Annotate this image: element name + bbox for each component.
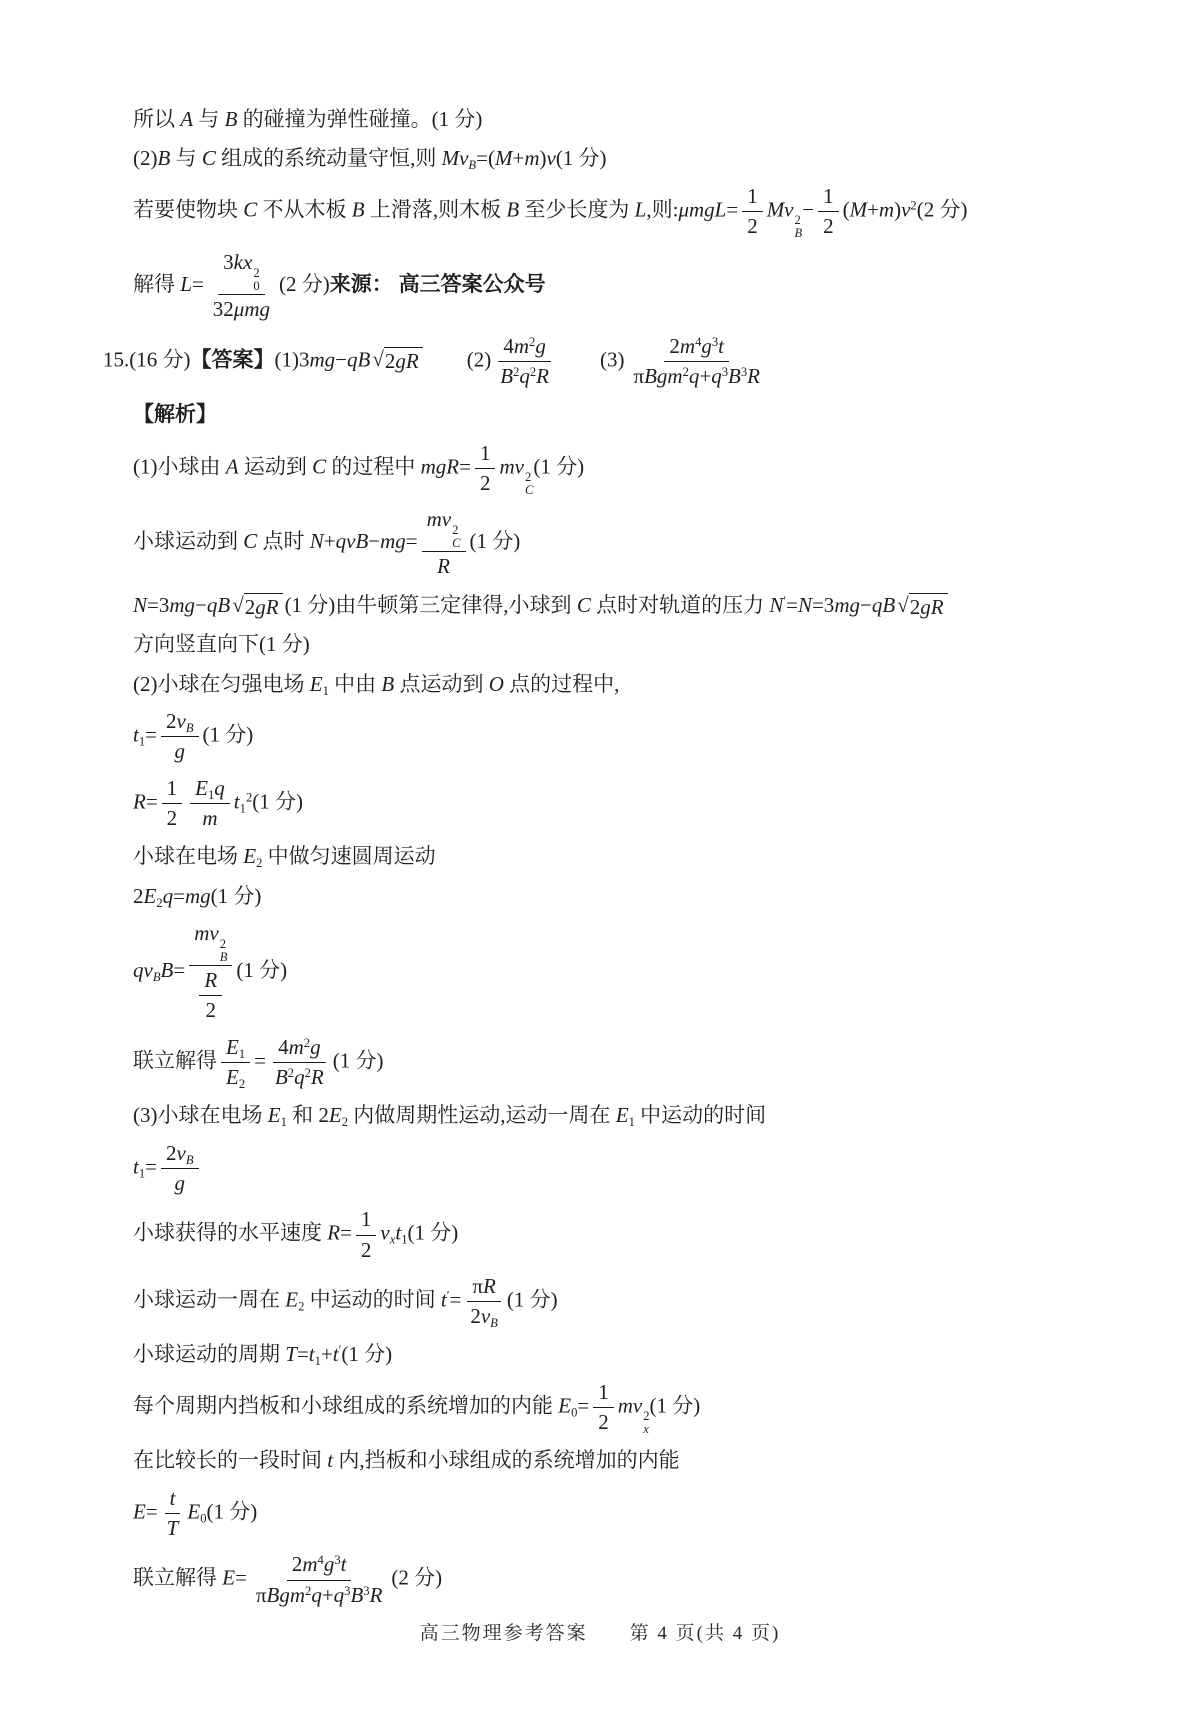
math-text: ( [843,197,850,221]
math-text: 2 [823,214,834,238]
math-text: (1 分) [407,1221,458,1245]
math-numerator: R [199,967,222,996]
math-variable: kx [234,250,253,274]
q15-part3-final-result: 联立解得 E=2m4g3tπBgm2q+q3B3R(2 分) [133,1551,1140,1609]
math-text: 每个周期内挡板和小球组成的系统增加的内能 [133,1393,558,1417]
math-subscript: B [795,227,803,240]
math-variable: μmg [234,297,270,321]
math-subscript: B [490,1316,498,1330]
math-text: 2 [239,1077,245,1091]
math-variable: qB [872,593,895,617]
math-text: 方向竖直向下(1 分) [133,632,310,656]
math-text: = [786,593,798,617]
math-text: 中由 [329,672,382,696]
math-denominator: E2 [221,1063,250,1091]
math-text: 小球运动的周期 [133,1342,285,1366]
math-text: = [297,1342,309,1366]
math-text: + [699,364,711,388]
math-sqrt: √2gR [372,347,422,374]
math-text: (1 分) [470,529,521,553]
math-text: 2 [166,1141,177,1165]
math-variable: N [133,593,147,617]
math-numerator: 4m2g [273,1034,325,1063]
math-text: 中运动的时间 [635,1103,766,1127]
math-fraction: E1E2 [221,1034,250,1092]
math-text: 2 [167,806,178,830]
q15-part2-R: R=12E1qmt12(1 分) [133,775,1140,833]
math-variable: mgR [421,454,460,478]
math-text: (2 分) [391,1566,442,1590]
q15-part3-t-prime: 小球运动一周在 E2 中运动的时间 t′=πR2vB(1 分) [133,1273,1140,1331]
math-variable: C [452,536,460,550]
math-variable: m [302,1552,317,1576]
q15-part3-t1: t1=2vBg [133,1140,1140,1198]
math-variable: B [220,950,228,964]
q14-energy-equation: 若要使物块 C 不从木板 B 上滑落,则木板 B 至少长度为 L,则:μmgL=… [133,183,1140,241]
math-text: 4 [278,1035,289,1059]
math-denominator: 2 [475,469,496,497]
math-denominator: 2 [742,212,763,240]
math-numerator: E1q [190,775,230,804]
math-variable: qB [207,593,230,617]
math-subscript: B [186,721,194,735]
math-text: 小球在电场 [133,844,243,868]
math-text: = [145,723,157,747]
math-text: 2 [910,595,921,619]
q15-part1-N-result: N=3mg−qB√2gR(1 分)由牛顿第三定律得,小球到 C 点时对轨道的压力… [133,590,1140,620]
math-subscript: B [153,970,161,984]
q15-analysis-header: 【解析】 [133,399,1140,430]
math-text: (1 分) [206,1500,257,1524]
math-denominator: B2q2R [495,362,554,390]
math-text: (1)小球由 [133,454,226,478]
math-variable: B [381,672,394,696]
math-variable: B [468,158,476,172]
math-variable: A [226,454,239,478]
math-text: = [173,884,185,908]
math-denominator: g [170,737,191,765]
math-subscript: C [525,484,533,497]
math-variable: g [310,1035,321,1059]
math-variable: mg [834,593,860,617]
math-text: =3 [147,593,169,617]
math-variable: v [546,146,555,170]
math-text: 2 [166,709,177,733]
math-numerator: πR [467,1273,500,1302]
math-variable: E [329,1103,342,1127]
math-fraction: mv2BR2 [189,920,232,1025]
math-denominator: R2 [193,966,228,1025]
math-text: (2 分) [279,272,330,296]
math-variable: B [500,364,513,388]
math-variable: qv [133,958,153,982]
math-text: (1 分) [507,1287,558,1311]
math-text: 2 [206,998,217,1022]
math-text: − [195,593,207,617]
math-text: 2 [795,213,801,227]
math-text: (2)小球在匀强电场 [133,672,310,696]
math-variable: qvB [336,529,369,553]
math-variable: R [204,968,217,992]
math-variable: B [795,226,803,240]
math-text: = [459,454,471,478]
math-variable: g [701,334,712,358]
math-text: = [235,1566,247,1590]
math-variable: E [226,1065,239,1089]
math-numerator: 4m2g [498,333,550,362]
math-variable: R [483,1274,496,1298]
math-text: = [145,1154,157,1178]
math-text: 联立解得 [133,1048,217,1072]
math-fraction: 4m2gB2q2R [495,333,554,391]
math-text: (1 分) [341,1342,392,1366]
math-variable: N [769,593,783,617]
math-variable: L [635,197,647,221]
math-variable: R [437,554,450,578]
math-text: 与 [193,107,225,131]
math-variable: q [311,1583,322,1607]
math-variable: t [341,1552,347,1576]
math-variable: q [334,1583,345,1607]
math-text: 点时 [257,529,310,553]
math-variable: E [243,844,256,868]
math-fraction: 12 [818,183,839,241]
math-text: + [321,1342,333,1366]
math-fraction: R2 [199,967,222,1025]
math-subsup: 2C [452,524,460,550]
math-text: (1 分) [211,884,262,908]
math-variable: g [535,334,546,358]
math-variable: mv [499,454,524,478]
math-fraction: 2m4g3tπBgm2q+q3B3R [251,1551,388,1609]
math-text: 内,挡板和小球组成的系统增加的内能 [333,1448,680,1472]
math-numerator: 2vB [161,708,199,737]
math-text: = [449,1287,461,1311]
math-text: + [322,1583,334,1607]
math-numerator: 2vB [161,1140,199,1169]
math-variable: E [285,1287,298,1311]
math-text: =3 [812,593,834,617]
math-variable: C [243,529,257,553]
math-text: 2 [220,937,226,951]
math-text: − [335,347,347,371]
math-numerator: 1 [818,183,839,212]
math-variable: E [616,1103,629,1127]
math-text: (1)3 [275,347,310,371]
math-text: 小球获得的水平速度 [133,1221,327,1245]
q15-part2-circular-motion: 小球在电场 E2 中做匀速圆周运动 [133,841,1140,871]
math-variable: Bgm [267,1583,306,1607]
math-denominator: m [197,804,222,832]
q15-part3-long-time: 在比较长的一段时间 t 内,挡板和小球组成的系统增加的内能 [133,1445,1140,1475]
math-text: 2 [747,214,758,238]
math-variable: v [901,197,910,221]
math-numerator: 1 [593,1379,614,1408]
math-text: (3)小球在电场 [133,1103,268,1127]
math-text: 1 [167,776,178,800]
math-text: 联立解得 [133,1566,222,1590]
math-variable: R [133,789,146,813]
math-variable: m [289,1035,304,1059]
math-numerator: 1 [475,440,496,469]
math-text: 4 [503,334,514,358]
math-variable: B [186,1152,194,1166]
q15-part1-direction: 方向竖直向下(1 分) [133,629,1140,659]
math-variable: E [268,1103,281,1127]
radical-sign-icon: √ [897,593,909,617]
math-variable: E [187,1500,200,1524]
math-variable: m [202,806,217,830]
math-text: 1 [480,441,491,465]
math-variable: R [536,364,549,388]
math-text: 上滑落,则木板 [365,197,507,221]
math-text: 1 [823,184,834,208]
math-text: 若要使物块 [133,197,243,221]
math-variable: E [133,1500,146,1524]
math-variable: g [175,1171,186,1195]
math-variable: x [643,1422,649,1436]
math-text: 15.(16 分) [103,347,191,371]
math-subscript: B [468,158,476,172]
math-variable: R [370,1583,383,1607]
math-sqrt: √2gR [897,593,947,620]
math-subscript: B [186,1152,194,1166]
math-numerator: t [165,1485,181,1514]
math-variable: C [243,197,257,221]
math-text: 0 [253,279,259,293]
q15-answers: 15.(16 分)【答案】(1)3mg−qB√2gR (2)4m2gB2q2R … [103,333,1140,391]
math-variable: m [680,334,695,358]
math-variable: mg [169,593,195,617]
math-subscript: 1 [239,1046,245,1060]
math-variable: Mv [442,146,469,170]
math-text: π [256,1583,267,1607]
math-text: 2 [669,334,680,358]
math-fraction: 12 [162,775,183,833]
math-variable: N [798,593,812,617]
q15-part2-t1: t1=2vBg(1 分) [133,708,1140,766]
math-sqrt: √2gR [232,593,282,620]
math-text: 2 [245,595,256,619]
math-fraction: tT [162,1485,184,1543]
math-text: π [472,1274,483,1298]
math-variable: C [312,454,326,478]
math-fraction: 2vBg [161,1140,199,1198]
math-text: 点时对轨道的压力 [591,593,770,617]
math-text: 点的过程中, [504,672,620,696]
q14-result-L: 解得 L=3kx2032μmg(2 分)来源： 高三答案公众号 [133,249,1140,323]
math-denominator: 2 [818,212,839,240]
math-variable: L [180,272,192,296]
math-variable: R [747,364,760,388]
math-variable: mg [185,884,211,908]
math-text: (2 分) [917,197,968,221]
math-text: (1 分)由牛顿第三定律得,小球到 [285,593,577,617]
math-text: 至少长度为 [519,197,635,221]
q15-part3-horizontal-speed: 小球获得的水平速度 R=12vxt1(1 分) [133,1206,1140,1264]
q14-elastic-collision-note: 所以 A 与 B 的碰撞为弹性碰撞。(1 分) [133,104,1140,134]
math-text: 小球运动一周在 [133,1287,285,1311]
math-variable: q [711,364,722,388]
math-text: (2) [425,347,492,371]
math-fraction: πR2vB [465,1273,503,1331]
math-variable: R [327,1221,340,1245]
math-text: (1 分) [252,789,303,813]
math-variable: B [728,364,741,388]
math-denominator: 2 [593,1408,614,1436]
math-text: 2 [253,266,259,280]
q15-part2-2E2q: 2E2q=mg(1 分) [133,881,1140,911]
math-subscript: 0 [253,280,259,293]
page-footer: 高三物理参考答案 第 4 页(共 4 页) [0,1618,1200,1645]
math-variable: v [380,1221,389,1245]
math-fraction: mv2CR [422,506,466,580]
math-text: 2 [470,1304,481,1328]
math-text: = [254,1048,266,1072]
math-variable: m [879,197,894,221]
math-text: + [324,529,336,553]
math-variable: mv [194,921,219,945]
math-variable: q [689,364,700,388]
math-variable: E [558,1393,571,1417]
math-variable: g [324,1552,335,1576]
math-denominator: πBgm2q+q3B3R [628,362,765,390]
math-variable: B [186,721,194,735]
math-variable: B [506,197,519,221]
math-numerator: 2m4g3t [287,1551,352,1580]
math-denominator: 2 [201,996,222,1024]
math-variable: B [161,958,174,982]
math-radicand: 2gR [244,593,283,620]
math-variable: R [311,1065,324,1089]
q15-part2-intro: (2)小球在匀强电场 E1 中由 B 点运动到 O 点的过程中, [133,669,1140,699]
math-variable: Bgm [644,364,683,388]
math-text: 3 [223,250,234,274]
math-text: = [340,1221,352,1245]
math-text: 解得 [133,272,180,296]
math-text: = [192,272,204,296]
math-text: (1 分) [650,1393,701,1417]
document-content: 所以 A 与 B 的碰撞为弹性碰撞。(1 分)(2)B 与 C 组成的系统动量守… [0,0,1200,1618]
bold-label: 【解析】 [133,403,217,426]
math-text: 1 [747,184,758,208]
math-variable: B [350,1583,363,1607]
math-variable: t [170,1486,176,1510]
math-text: 2 [292,1552,303,1576]
math-variable: B [352,197,365,221]
q14-part2-momentum: (2)B 与 C 组成的系统动量守恒,则 MvB=(M+m)v(1 分) [133,143,1140,173]
math-text: 运动到 [239,454,313,478]
math-text: = [726,197,738,221]
math-text: (1 分) [533,454,584,478]
math-variable: E [226,1035,239,1059]
math-text: (1 分) [556,146,607,170]
math-fraction: 3kx2032μmg [208,249,275,323]
math-text: 2 [133,884,144,908]
math-subsup: 2B [220,938,228,964]
math-variable: mv [427,507,452,531]
math-text: ,则: [646,197,678,221]
math-variable: gR [395,349,418,373]
math-text: 32 [213,297,234,321]
math-numerator: 1 [162,775,183,804]
q15-part3-intro: (3)小球在电场 E1 和 2E2 内做周期性运动,运动一周在 E1 中运动的时… [133,1100,1140,1130]
q15-part2-ratio-result: 联立解得E1E2=4m2gB2q2R(1 分) [133,1034,1140,1092]
math-text: 2 [598,1410,609,1434]
math-text: = [146,1500,158,1524]
math-numerator: 1 [356,1206,377,1235]
math-text: = [406,529,418,553]
math-numerator: mv2C [422,506,466,552]
math-variable: v [176,709,185,733]
q15-part1-at-C: 小球运动到 C 点时 N+qvB−mg=mv2CR(1 分) [133,506,1140,580]
math-text: 的过程中 [326,454,421,478]
math-numerator: mv2B [189,920,232,966]
math-text: 和 2 [287,1103,329,1127]
math-text: 2 [480,471,491,495]
math-text: 2 [525,470,531,484]
math-text: 点运动到 [394,672,489,696]
math-numerator: 1 [742,183,763,212]
math-variable: m [514,334,529,358]
math-text: 2 [361,1238,372,1262]
math-text: 不从木板 [257,197,352,221]
math-variable: g [175,739,186,763]
math-subscript: 2 [239,1077,245,1091]
q15-part3-E0: 每个周期内挡板和小球组成的系统增加的内能 E0=12mv2x(1 分) [133,1379,1140,1437]
math-fraction: 12 [742,183,763,241]
bold-label: 【答案】 [191,348,275,371]
math-variable: B [153,970,161,984]
math-variable: mg [310,347,336,371]
math-text: 与 [170,146,202,170]
math-variable: gR [255,595,278,619]
math-variable: C [202,146,216,170]
math-variable: C [525,483,533,497]
math-variable: qB [347,347,370,371]
math-text: 2 [385,349,396,373]
math-text: (1 分) [236,958,287,982]
q15-part3-E: E=tTE0(1 分) [133,1485,1140,1543]
math-variable: N [310,529,324,553]
math-variable: q [214,776,225,800]
math-text: − [860,593,872,617]
math-text: (3) [558,347,625,371]
math-denominator: 2 [356,1236,377,1264]
math-text: (1 分) [333,1048,384,1072]
math-subsup: 20 [253,267,259,293]
math-variable: M [495,146,513,170]
math-fraction: 12 [475,440,496,498]
math-variable: E [195,776,208,800]
math-text: (2) [133,146,158,170]
math-text: 中运动的时间 [304,1287,441,1311]
math-denominator: R [432,552,455,580]
math-denominator: g [170,1169,191,1197]
math-numerator: E1 [221,1034,250,1063]
math-text: 在比较长的一段时间 [133,1448,327,1472]
math-variable: mv [618,1393,643,1417]
math-variable: Mv [767,197,794,221]
math-variable: B [225,107,238,131]
radical-sign-icon: √ [372,347,384,371]
math-numerator: 3kx20 [218,249,264,295]
document-page: { "page": { "footer": "高三物理参考答案 第 4 页(共 … [0,0,1200,1717]
math-variable: M [850,197,868,221]
math-variable: mg [380,529,406,553]
math-text: + [512,146,524,170]
math-text: 2 [452,523,458,537]
